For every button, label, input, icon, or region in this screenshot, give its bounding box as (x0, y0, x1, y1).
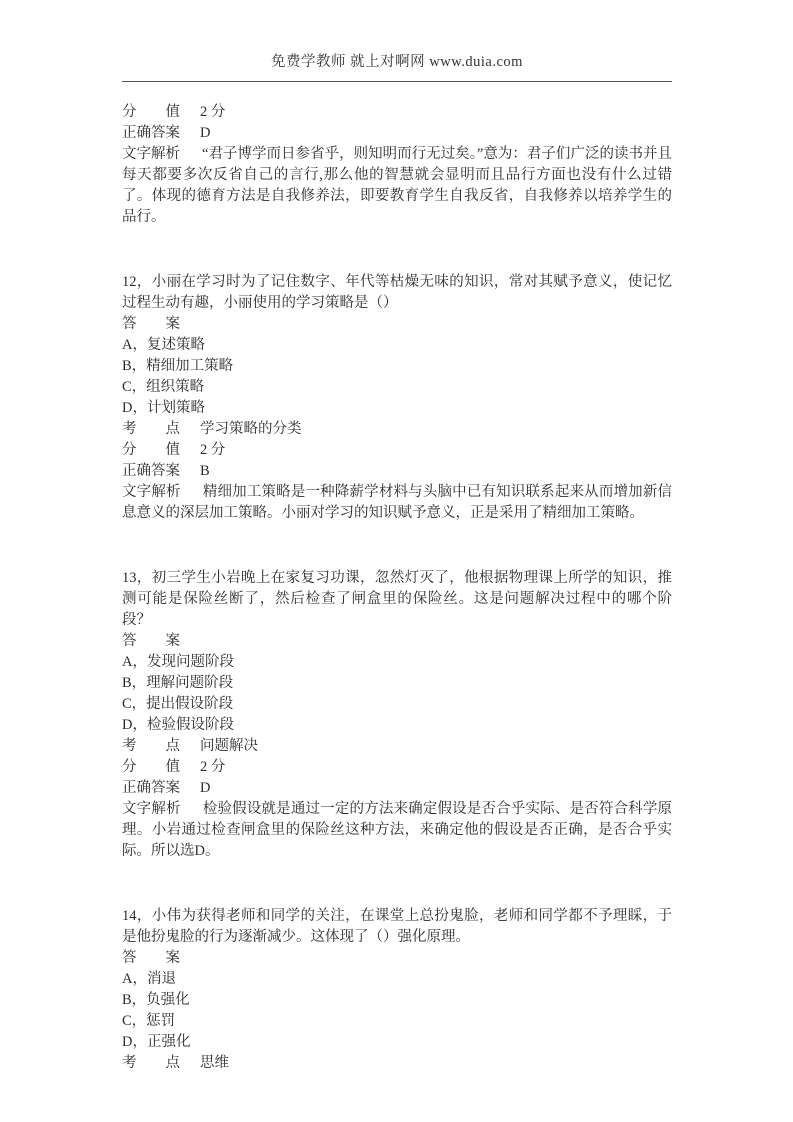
correct-answer-value: D (200, 778, 672, 799)
answer-label: 答 案 (122, 314, 200, 335)
page-header: 免费学教师 就上对啊网 www.duia.com (122, 0, 672, 82)
analysis-text: “君子博学而日参省乎，则知明而行无过矣。”意为：君子们广泛的读书并且每天都要多次… (122, 146, 672, 225)
correct-answer-value: B (200, 461, 672, 482)
exam-point-label: 考 点 (122, 736, 200, 757)
score-label: 分 值 (122, 440, 200, 461)
analysis-text: 精细加工策略是一种降薪学材料与头脑中已有知识联系起来从而增加新信息意义的深层加工… (122, 484, 672, 521)
analysis-text: 检验假设就是通过一定的方法来确定假设是否合乎实际、是否符合科学原理。小岩通过检查… (122, 801, 672, 859)
scanned-exam-page: 免费学教师 就上对啊网 www.duia.com 分 值 2 分 正确答案 D … (0, 0, 793, 1122)
analysis-label: 文字解析 (122, 484, 181, 500)
correct-answer-label: 正确答案 (122, 778, 200, 799)
exam-point-label: 考 点 (122, 1053, 200, 1074)
exam-point-row: 考 点 思维 (122, 1053, 672, 1074)
answer-label-row: 答 案 (122, 631, 672, 652)
option-d: D，计划策略 (122, 398, 672, 419)
analysis-label: 文字解析 (122, 801, 181, 817)
exam-point-row: 考 点 问题解决 (122, 736, 672, 757)
question-13-block: 13，初三学生小岩晚上在家复习功课，忽然灯灭了，他根据物理课上所学的知识，推测可… (122, 568, 672, 862)
question-stem: 12，小丽在学习时为了记住数字、年代等枯燥无味的知识，常对其赋予意义，使记忆过程… (122, 272, 672, 314)
question-12-block: 12，小丽在学习时为了记住数字、年代等枯燥无味的知识，常对其赋予意义，使记忆过程… (122, 272, 672, 524)
score-label: 分 值 (122, 102, 200, 123)
exam-point-value: 思维 (200, 1053, 672, 1074)
option-d: D，检验假设阶段 (122, 715, 672, 736)
correct-answer-label: 正确答案 (122, 123, 200, 144)
option-b: B，精细加工策略 (122, 356, 672, 377)
question-stem: 13，初三学生小岩晚上在家复习功课，忽然灯灭了，他根据物理课上所学的知识，推测可… (122, 568, 672, 631)
option-c: C，组织策略 (122, 377, 672, 398)
exam-point-value: 学习策略的分类 (200, 419, 672, 440)
answer-label: 答 案 (122, 948, 200, 969)
answer-label-row: 答 案 (122, 314, 672, 335)
option-c: C，惩罚 (122, 1011, 672, 1032)
exam-point-label: 考 点 (122, 419, 200, 440)
score-row: 分 值 2 分 (122, 102, 672, 123)
exam-point-value: 问题解决 (200, 736, 672, 757)
score-label: 分 值 (122, 757, 200, 778)
score-value: 2 分 (200, 757, 672, 778)
answer-label-row: 答 案 (122, 948, 672, 969)
question-14-block: 14，小伟为获得老师和同学的关注，在课堂上总扮鬼脸，老师和同学都不予理睬，于是他… (122, 906, 672, 1074)
correct-answer-value: D (200, 123, 672, 144)
score-value: 2 分 (200, 440, 672, 461)
score-row: 分 值 2 分 (122, 757, 672, 778)
option-c: C，提出假设阶段 (122, 694, 672, 715)
score-value: 2 分 (200, 102, 672, 123)
analysis-label: 文字解析 (122, 146, 180, 162)
correct-answer-row: 正确答案 D (122, 123, 672, 144)
option-a: A，复述策略 (122, 335, 672, 356)
option-b: B，负强化 (122, 990, 672, 1011)
option-a: A，发现问题阶段 (122, 652, 672, 673)
question-stem: 14，小伟为获得老师和同学的关注，在课堂上总扮鬼脸，老师和同学都不予理睬，于是他… (122, 906, 672, 948)
exam-point-row: 考 点 学习策略的分类 (122, 419, 672, 440)
option-b: B，理解问题阶段 (122, 673, 672, 694)
analysis-paragraph: 文字解析“君子博学而日参省乎，则知明而行无过矣。”意为：君子们广泛的读书并且每天… (122, 144, 672, 228)
question-11-tail-block: 分 值 2 分 正确答案 D 文字解析“君子博学而日参省乎，则知明而行无过矣。”… (122, 102, 672, 228)
option-d: D，正强化 (122, 1032, 672, 1053)
correct-answer-row: 正确答案 B (122, 461, 672, 482)
answer-label: 答 案 (122, 631, 200, 652)
header-site-text: 免费学教师 就上对啊网 www.duia.com (271, 54, 523, 70)
correct-answer-row: 正确答案 D (122, 778, 672, 799)
correct-answer-label: 正确答案 (122, 461, 200, 482)
score-row: 分 值 2 分 (122, 440, 672, 461)
analysis-paragraph: 文字解析检验假设就是通过一定的方法来确定假设是否合乎实际、是否符合科学原理。小岩… (122, 799, 672, 862)
option-a: A，消退 (122, 969, 672, 990)
analysis-paragraph: 文字解析精细加工策略是一种降薪学材料与头脑中已有知识联系起来从而增加新信息意义的… (122, 482, 672, 524)
